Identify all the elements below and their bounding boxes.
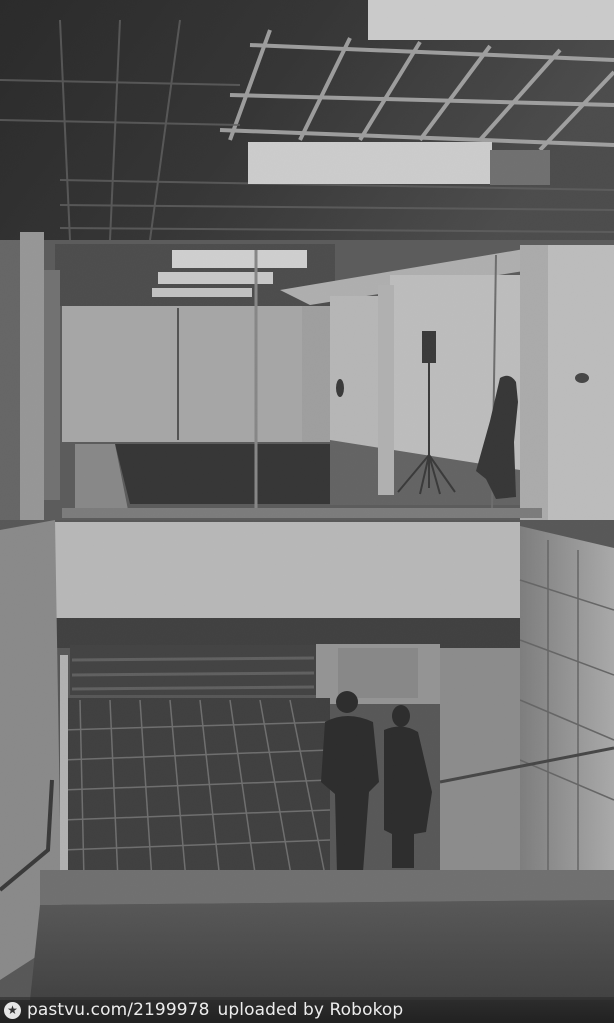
photograph	[0, 0, 614, 1023]
caption-bar: ★ pastvu.com/2199978 uploaded by Robokop	[0, 997, 614, 1023]
star-icon: ★	[4, 1002, 21, 1019]
uploader-text: uploaded by Robokop	[218, 1000, 404, 1020]
source-link[interactable]: pastvu.com/2199978	[27, 1000, 210, 1020]
